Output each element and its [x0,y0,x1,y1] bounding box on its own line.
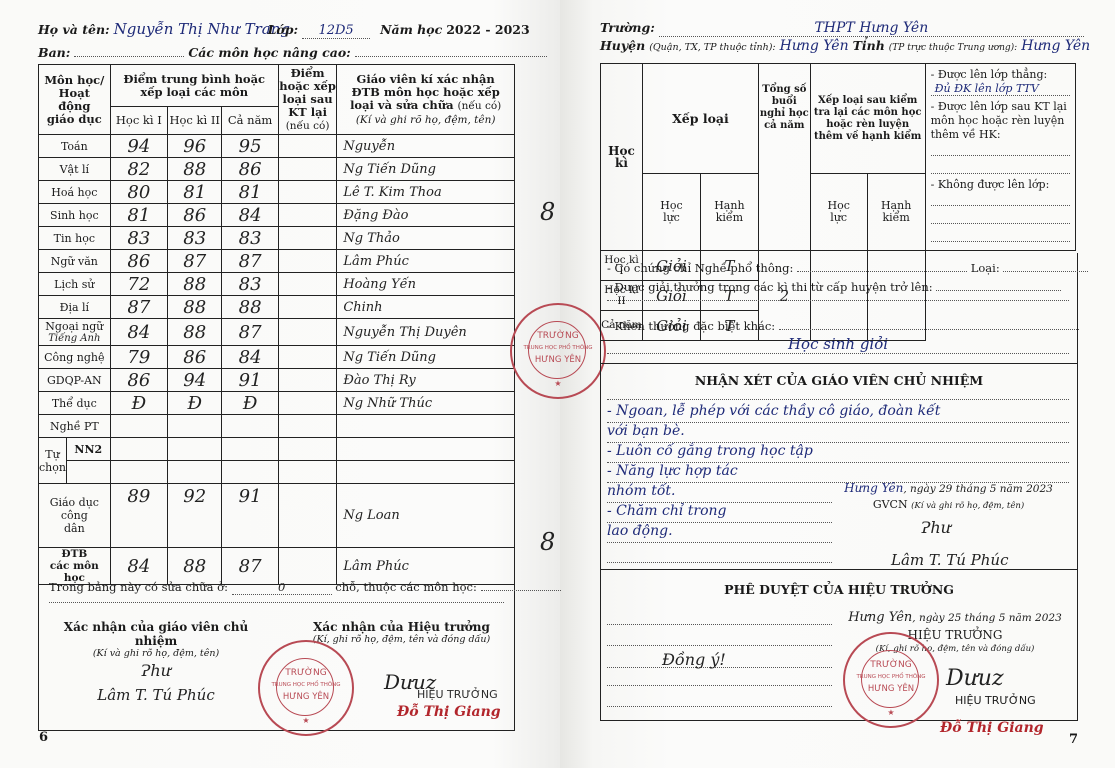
principal-role: HIỆU TRƯỞNG [417,688,498,701]
grade-year: 83 [222,273,278,296]
grade-hk2: 87 [168,250,222,273]
comment-line: - Luôn cố gắng trong học tập [607,443,1069,463]
grade-year: 81 [222,181,278,204]
comment-line: - Chăm chỉ trong [607,503,832,523]
academic2-header: Học lực [810,174,867,251]
civics-hk2: 92 [168,484,222,548]
grade-retest [278,415,337,438]
grade-year: 87 [222,250,278,273]
school-name: THPT Hưng Yên [659,20,1084,37]
elective-label: Tự chọn [39,438,67,484]
grade-retest [278,227,337,250]
binding-mark-top: 8 [540,198,555,226]
school-line: Trường: THPT Hưng Yên [600,20,1084,37]
teacher-signature: Ng Nhữ Thúc [337,392,515,415]
promotion-panel: - Được lên lớp thẳng: Đủ ĐK lên lớp TTV … [925,64,1075,251]
civics-subject: Giáo dục công dân [39,484,111,548]
comment-line: với bạn bè. [607,423,1069,443]
grade-year: 84 [222,346,278,369]
grade-row: Địa lí878888Chinh [39,296,515,319]
school-stamp-left: TRƯỜNG TRUNG HỌC PHỔ THÔNG HƯNG YÊN ★ [258,640,354,736]
school-year: 2022 - 2023 [446,22,529,37]
promotion-direct-value: Đủ ĐK lên lớp TTV [931,82,1070,96]
approval-stamp-role: HIỆU TRƯỞNG [955,694,1036,707]
grade-retest [278,273,337,296]
retest-header: Điểm hoặc xếp loại sau KT lại (nếu có) [278,65,337,135]
homeroom-comment-section: NHẬN XÉT CỦA GIÁO VIÊN CHỦ NHIỆM - Ngoan… [600,363,1078,570]
academic-header: Học lực [642,174,700,251]
grade-hk2: 86 [168,204,222,227]
district-line: Huyện (Quận, TX, TP thuộc tỉnh): Hưng Yê… [600,38,1090,54]
homeroom-signature-mark: Ɂhư [51,661,261,680]
approval-signature: Dưuz [946,666,1004,691]
student-header-line: Họ và tên: Nguyễn Thị Như Trang Lớp: 12D… [38,20,530,39]
grade-year [222,415,278,438]
class-value: 12D5 [302,23,370,39]
subject-name: Thể dục [39,392,111,415]
civics-retest [278,484,337,548]
grade-row: Vật lí828886Ng Tiến Dũng [39,158,515,181]
comment-line: - Năng lực hợp tác [607,463,1069,483]
elective-sub2 [66,461,110,484]
ban-field [74,56,184,57]
grade-hk2: Đ [168,392,222,415]
province-value: Hưng Yên [1021,38,1090,54]
grade-hk2: 88 [168,319,222,346]
grade-row: Toán949695Nguyễn [39,135,515,158]
grade-retest [278,158,337,181]
grade-hk1: Đ [110,392,167,415]
homeroom-date: Hưng Yên, ngày 29 tháng 5 năm 2023 [826,481,1071,495]
grade-hk2 [168,415,222,438]
approval-title: PHÊ DUYỆT CỦA HIỆU TRƯỞNG [601,582,1077,597]
school-stamp-seam: TRƯỜNG TRUNG HỌC PHỔ THÔNG HƯNG YÊN ★ [510,303,606,399]
page-number-left: 6 [39,730,48,745]
awards-section: - Có chứng chỉ Nghề phổ thông: Loại: - Đ… [600,253,1078,364]
grade-hk1: 83 [110,227,167,250]
principal-confirm: Xác nhận của Hiệu trưởng (Kí, ghi rõ họ,… [294,620,509,645]
grade-hk2: 88 [168,273,222,296]
grade-hk2: 88 [168,296,222,319]
school-stamp-right: TRƯỜNG TRUNG HỌC PHỔ THÔNG HƯNG YÊN ★ [843,632,939,728]
grade-hk2: 83 [168,227,222,250]
grade-row: Nghề PT [39,415,515,438]
grade-hk1 [110,415,167,438]
grade-year: 84 [222,204,278,227]
grade-hk1: 86 [110,369,167,392]
year-label: Năm học [380,22,442,37]
grade-hk1: 84 [110,319,167,346]
principal-signer: Đỗ Thị Giang [397,704,501,720]
corrections-line: Trong bảng này có sửa chữa ở: 0 chỗ, thu… [49,580,561,595]
average-group-header: Điểm trung bình hoặc xếp loại các môn [110,65,278,107]
year-header: Cả năm [222,107,278,135]
grade-retest [278,346,337,369]
hk1-header: Học kì I [110,107,167,135]
subject-name: Địa lí [39,296,111,319]
advanced-subjects-label: Các môn học nâng cao: [188,45,350,60]
grade-retest [278,369,337,392]
grade-hk2: 81 [168,181,222,204]
comment-line: lao động. [607,523,832,543]
grade-hk2: 88 [168,158,222,181]
homeroom-signature-mark: Ɂhư [921,518,951,537]
grade-row: Ngoại ngữTiếng Anh848887Nguyễn Thị Duyên [39,319,515,346]
subject-name: Sinh học [39,204,111,227]
rating-header: Xếp loại [642,64,758,174]
ban-line: Ban: Các môn học nâng cao: [38,45,547,60]
grade-year: 95 [222,135,278,158]
district-value: Hưng Yên [780,38,849,54]
grade-retest [278,204,337,227]
grade-row: Công nghệ798684Ng Tiến Dũng [39,346,515,369]
grade-row: Tin học838383Ng Thảo [39,227,515,250]
elective-row-2 [39,461,515,484]
grade-hk1: 80 [110,181,167,204]
elective-nn2: NN2 [66,438,110,461]
grade-row: Sinh học818684Đặng Đào [39,204,515,227]
subject-name: Lịch sử [39,273,111,296]
student-name: Nguyễn Thị Như Trang [114,20,264,38]
teacher-signature [337,415,515,438]
special-award-value: Học sinh giỏi [607,335,1069,354]
homeroom-signer-name: Lâm T. Tú Phúc [891,551,1008,569]
grade-retest [278,392,337,415]
grade-row: GDQP-AN869491Đào Thị Ry [39,369,515,392]
teacher-confirm-header: Giáo viên kí xác nhận ĐTB môn học hoặc x… [337,65,515,135]
grade-year: Đ [222,392,278,415]
grade-retest [278,181,337,204]
after-retest-header: Xếp loại sau kiểm tra lại các môn học ho… [810,64,925,174]
teacher-signature: Ng Tiến Dũng [337,346,515,369]
subject-name: Ngoại ngữTiếng Anh [39,319,111,346]
approval-signer: Đỗ Thị Giang [940,720,1044,736]
civics-year: 91 [222,484,278,548]
homeroom-confirm: Xác nhận của giáo viên chủ nhiệm (Kí và … [51,620,261,704]
elective-row-nn2: Tự chọn NN2 [39,438,515,461]
grade-retest [278,319,337,346]
term-header: Học kì [601,64,643,251]
approval-date: Hưng Yên, ngày 25 tháng 5 năm 2023 [833,610,1077,625]
subject-name: Tin học [39,227,111,250]
corrections-dotline [49,602,504,603]
grade-hk1: 87 [110,296,167,319]
comment-line: nhóm tốt. [607,483,832,503]
grade-year: 91 [222,369,278,392]
principal-approval-section: PHÊ DUYỆT CỦA HIỆU TRƯỞNG Đồng ý! Hưng Y… [600,569,1078,721]
absences-header: Tổng số buổi nghỉ học cả năm [758,64,810,251]
grade-hk2: 94 [168,369,222,392]
corrections-count: 0 [232,580,332,595]
page-number-right: 7 [1069,732,1078,747]
grade-hk1: 86 [110,250,167,273]
grade-hk2: 86 [168,346,222,369]
subject-name: Toán [39,135,111,158]
teacher-signature: Ng Thảo [337,227,515,250]
subject-name: GDQP-AN [39,369,111,392]
homeroom-signer-role: GVCN (Kí và ghi rõ họ, đệm, tên) [826,498,1071,511]
subject-name: Nghề PT [39,415,111,438]
grade-year: 87 [222,319,278,346]
teacher-signature: Chinh [337,296,515,319]
grade-row: Hoá học808181Lê T. Kim Thoa [39,181,515,204]
grade-hk1: 82 [110,158,167,181]
grade-row: Thể dụcĐĐĐNg Nhữ Thúc [39,392,515,415]
subject-header: Môn học/ Hoạt động giáo dục [39,65,111,135]
teacher-signature: Ng Tiến Dũng [337,158,515,181]
grade-row: Ngữ văn868787Lâm Phúc [39,250,515,273]
subject-name: Ngữ văn [39,250,111,273]
civics-row: Giáo dục công dân 89 92 91 Ng Loan [39,484,515,548]
grade-retest [278,296,337,319]
grade-row: Lịch sử728883Hoàng Yến [39,273,515,296]
conduct2-header: Hạnh kiểm [867,174,925,251]
homeroom-signer: Lâm T. Tú Phúc [51,686,261,704]
advanced-subjects-field [355,56,547,57]
grade-hk1: 72 [110,273,167,296]
name-label: Họ và tên: [38,22,110,37]
subject-name: Công nghệ [39,346,111,369]
grade-hk1: 81 [110,204,167,227]
comment-line: - Ngoan, lễ phép với các thầy cô giáo, đ… [607,403,1069,423]
grade-year: 88 [222,296,278,319]
teacher-signature: Nguyễn [337,135,515,158]
conduct-header: Hạnh kiểm [700,174,758,251]
teacher-signature: Hoàng Yến [337,273,515,296]
ban-label: Ban: [38,45,70,60]
grade-hk2: 96 [168,135,222,158]
teacher-signature: Đào Thị Ry [337,369,515,392]
grade-hk1: 94 [110,135,167,158]
civics-teacher-signature: Ng Loan [337,484,515,548]
binding-mark-bottom: 8 [540,528,555,556]
teacher-signature: Lâm Phúc [337,250,515,273]
subject-name: Vật lí [39,158,111,181]
grades-table: Môn học/ Hoạt động giáo dục Điểm trung b… [38,64,515,585]
homeroom-comment-title: NHẬN XÉT CỦA GIÁO VIÊN CHỦ NHIỆM [601,373,1077,388]
grade-retest [278,250,337,273]
teacher-signature: Đặng Đào [337,204,515,227]
civics-hk1: 89 [110,484,167,548]
teacher-signature: Lê T. Kim Thoa [337,181,515,204]
teacher-signature: Nguyễn Thị Duyên [337,319,515,346]
hk2-header: Học kì II [168,107,222,135]
approval-comment: Đồng ý! [607,650,832,668]
class-label: Lớp: [268,22,298,37]
grade-retest [278,135,337,158]
subject-name: Hoá học [39,181,111,204]
grade-year: 83 [222,227,278,250]
grade-year: 86 [222,158,278,181]
grade-hk1: 79 [110,346,167,369]
